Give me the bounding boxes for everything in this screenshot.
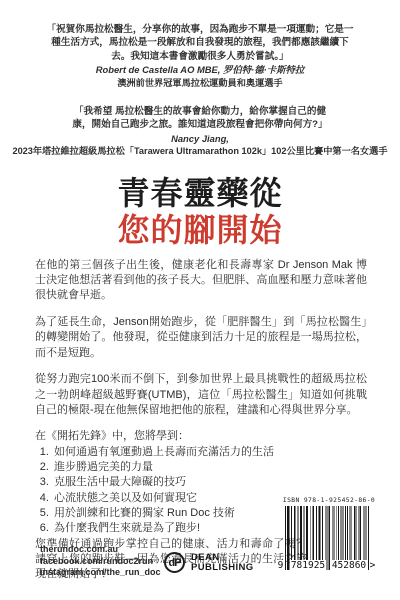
book-title: 青春靈藥從 您的腳開始 xyxy=(0,175,400,249)
blurb-paragraph-1: 在他的第三個孩子出生後，健康老化和長壽專家 Dr Jenson Mak 博士決定… xyxy=(35,258,367,304)
publisher-block: dP DEAN PUBLISHING xyxy=(164,552,254,573)
barcode-digit-group2: 452860 xyxy=(331,560,367,571)
blurb-paragraph-3: 從努力跑完100米而不倒下，到參加世界上最具挑戰性的超級馬拉松之一勃朗峰超級越野… xyxy=(35,372,367,418)
publisher-name: DEAN PUBLISHING xyxy=(191,553,254,573)
isbn-barcode-block: ISBN 978-1-925452-86-0 9 781925 452860 > xyxy=(276,497,376,570)
instagram-url: instagram.com/the_run_doc xyxy=(40,567,161,579)
barcode-digits: 9 781925 452860 > xyxy=(276,559,376,570)
quote-attribution-role: 2023年塔拉維拉超級馬拉松「Tarawera Ultramarathon 10… xyxy=(0,145,400,158)
testimonial-quote-2: 「我希望 馬拉松醫生的故事會給你動力，給你掌握自己的健康，開始自己跑步之旅。誰知… xyxy=(0,90,400,159)
learn-list-intro: 在《開拓先鋒》中，您將學到： xyxy=(35,429,367,444)
quote-attribution: Nancy Jiang, xyxy=(0,132,400,145)
quote-text: 「祝賀你馬拉松醫生，分享你的故事，因為跑步不單是一項運動；它是一種生活方式，馬拉… xyxy=(44,23,356,63)
quote-text: 「我希望 馬拉松醫生的故事會給你動力，給你掌握自己的健康，開始自己跑步之旅。誰知… xyxy=(66,105,334,132)
dean-publishing-logo-icon: dP xyxy=(164,552,185,573)
book-title-line1: 青春靈藥從 xyxy=(0,175,400,212)
blurb-paragraph-2: 為了延長生命，Jenson開始跑步，從「肥胖醫生」到「馬拉松醫生」的轉變開始了。… xyxy=(35,315,367,361)
website-url: therundoc.com.au xyxy=(40,544,161,556)
quote-attribution: Robert de Castella AO MBE, 罗伯特·德·卡斯特拉 xyxy=(0,63,400,76)
social-links: therundoc.com.au facebook.com/rundoc2run… xyxy=(40,544,161,579)
book-back-cover: 「祝賀你馬拉松醫生，分享你的故事，因為跑步不單是一項運動；它是一種生活方式，馬拉… xyxy=(0,0,400,600)
barcode-bars: 9 781925 452860 > xyxy=(276,506,376,570)
isbn-label: ISBN 978-1-925452-86-0 xyxy=(282,497,376,504)
barcode-quiet-zone-mark: > xyxy=(369,560,376,571)
learn-list-item-2: 進步勝過完美的力量 xyxy=(52,460,367,475)
quote-attribution-role: 澳洲前世界冠軍馬拉松運動員和奧運選手 xyxy=(0,77,400,90)
barcode-digit-lead: 9 xyxy=(276,560,285,571)
facebook-url: facebook.com/rundoc2run xyxy=(40,556,161,568)
book-title-line2: 您的腳開始 xyxy=(0,212,400,249)
testimonial-quote-1: 「祝賀你馬拉松醫生，分享你的故事，因為跑步不單是一項運動；它是一種生活方式，馬拉… xyxy=(0,0,400,90)
barcode-digit-group1: 781925 xyxy=(290,560,326,571)
publisher-name-line2: PUBLISHING xyxy=(191,563,254,573)
learn-list-item-1: 如何通過有氧運動過上長壽而充滿活力的生活 xyxy=(52,445,367,460)
learn-list-item-3: 克服生活中最大障礙的技巧 xyxy=(52,475,367,490)
